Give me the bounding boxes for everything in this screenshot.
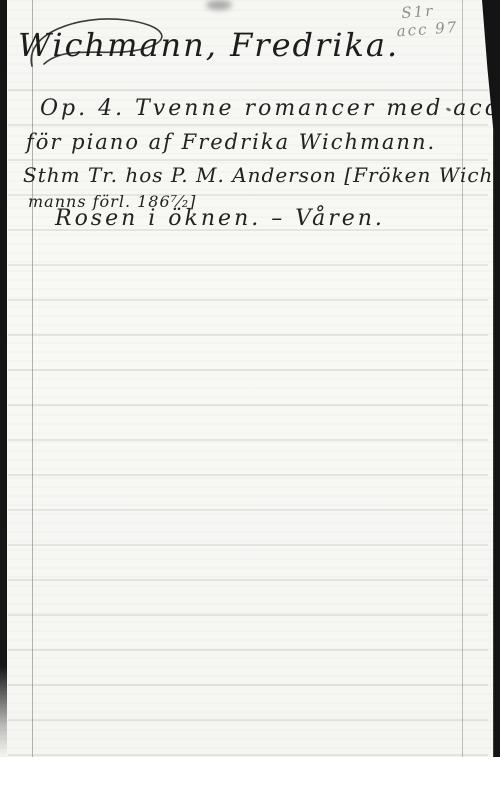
entry-line-publisher: Sthm Tr. hos P. M. Anderson [Fröken Wich… (23, 163, 500, 187)
scan-edge-left (0, 0, 7, 757)
ruled-lines (8, 56, 488, 756)
scan-smudge (206, 0, 232, 10)
pencil-accession-note: acc 97 (396, 18, 459, 40)
left-margin-rule (32, 0, 33, 757)
entry-line-instrumentation: för piano af Fredrika Wichmann. (26, 130, 436, 154)
heading-author-name: Wichmann, Fredrika. (18, 26, 399, 64)
entry-line-song-titles: Rosen i öknen. – Våren. (55, 206, 385, 231)
pencil-annotation: S1r acc 97 (401, 0, 459, 40)
entry-line-opus-title: Op. 4. Tvenne romancer med acc. (40, 96, 500, 121)
scanned-catalog-card: Wichmann, Fredrika. S1r acc 97 Op. 4. Tv… (0, 0, 500, 757)
